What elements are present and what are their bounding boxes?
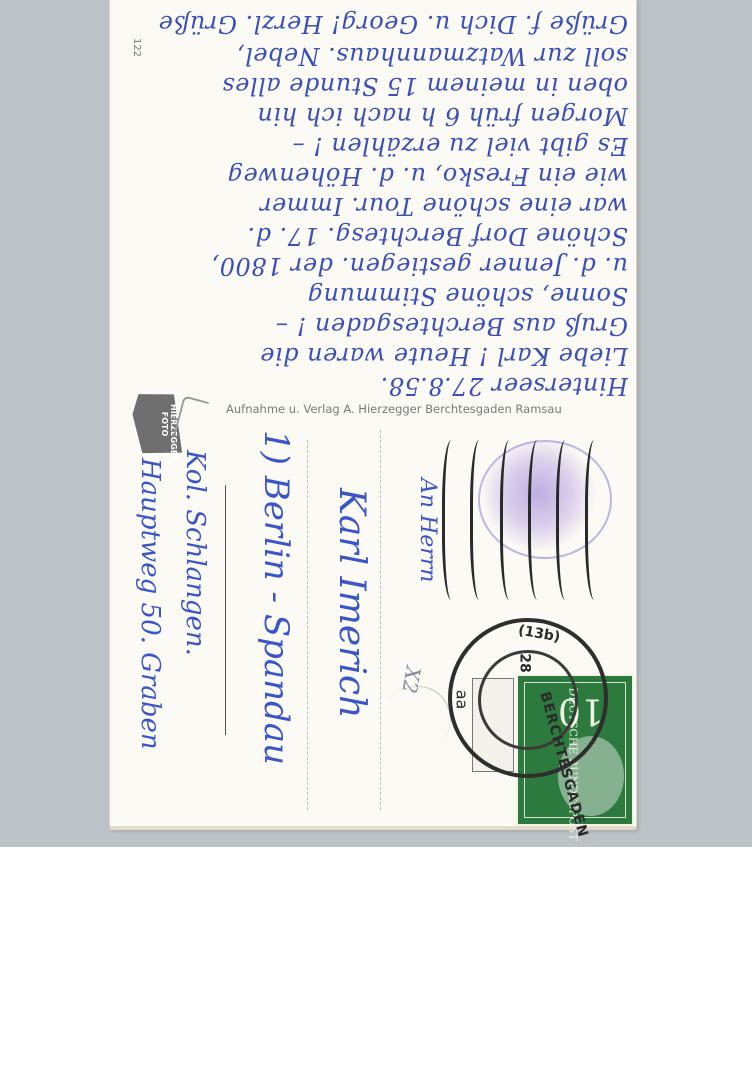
handwritten-message: Hinterseer 27.8.58. Liebe Karl ! Heute w… [118,2,628,400]
message-line: Morgen früh 6 h nach ich hin [118,102,628,130]
message-line: Schöne Dorf Berchtesg. 17. d. [118,222,628,250]
address-street: Kol. Schlangen. [180,450,210,656]
postmark-day: 28 [517,653,533,672]
postmark-code: aa [452,690,471,710]
message-line: Grüße f. Dich u. Georg! Herzl. Grüße [118,10,628,38]
address-name: Karl Imerich [331,488,372,718]
address-city: 1) Berlin - Spandau [256,430,296,765]
address-street: Hauptweg 50. Graben [135,458,165,750]
address-divider [380,430,381,810]
cancellation-line [585,440,608,600]
message-line: Gruß aus Berchtesgaden ! – [118,312,628,340]
message-line: u. d. Jenner gestiegen. der 1800, [118,252,628,280]
message-line: oben in meinem 15 Stunde alles [118,72,628,100]
cancellation-line [500,440,523,600]
cancellation-line [470,440,493,600]
message-line: Hinterseer 27.8.58. [118,372,628,400]
message-line: wie ein Fresko, u. d. Höhenweg [118,162,628,190]
message-line: soll zur Watzmannhaus. Nebel, [118,42,628,70]
cancellation-line [442,440,465,600]
postcard-edge [110,826,636,830]
address-divider [307,440,308,810]
publisher-caption: Aufnahme u. Verlag A. Hierzegger Berchte… [226,402,562,416]
cancellation-line [556,440,579,600]
cancellation-line [528,440,551,600]
address-salutation: An Herrn [415,478,440,582]
message-line: Sonne, schöne Stimmung [118,282,628,310]
address-line [225,485,226,735]
message-line: Es gibt viel zu erzählen ! – [118,132,628,160]
message-line: war eine schöne Tour. Immer [118,192,628,220]
pencil-note: X2 [397,665,425,696]
message-line: Liebe Karl ! Heute waren die [118,342,628,370]
